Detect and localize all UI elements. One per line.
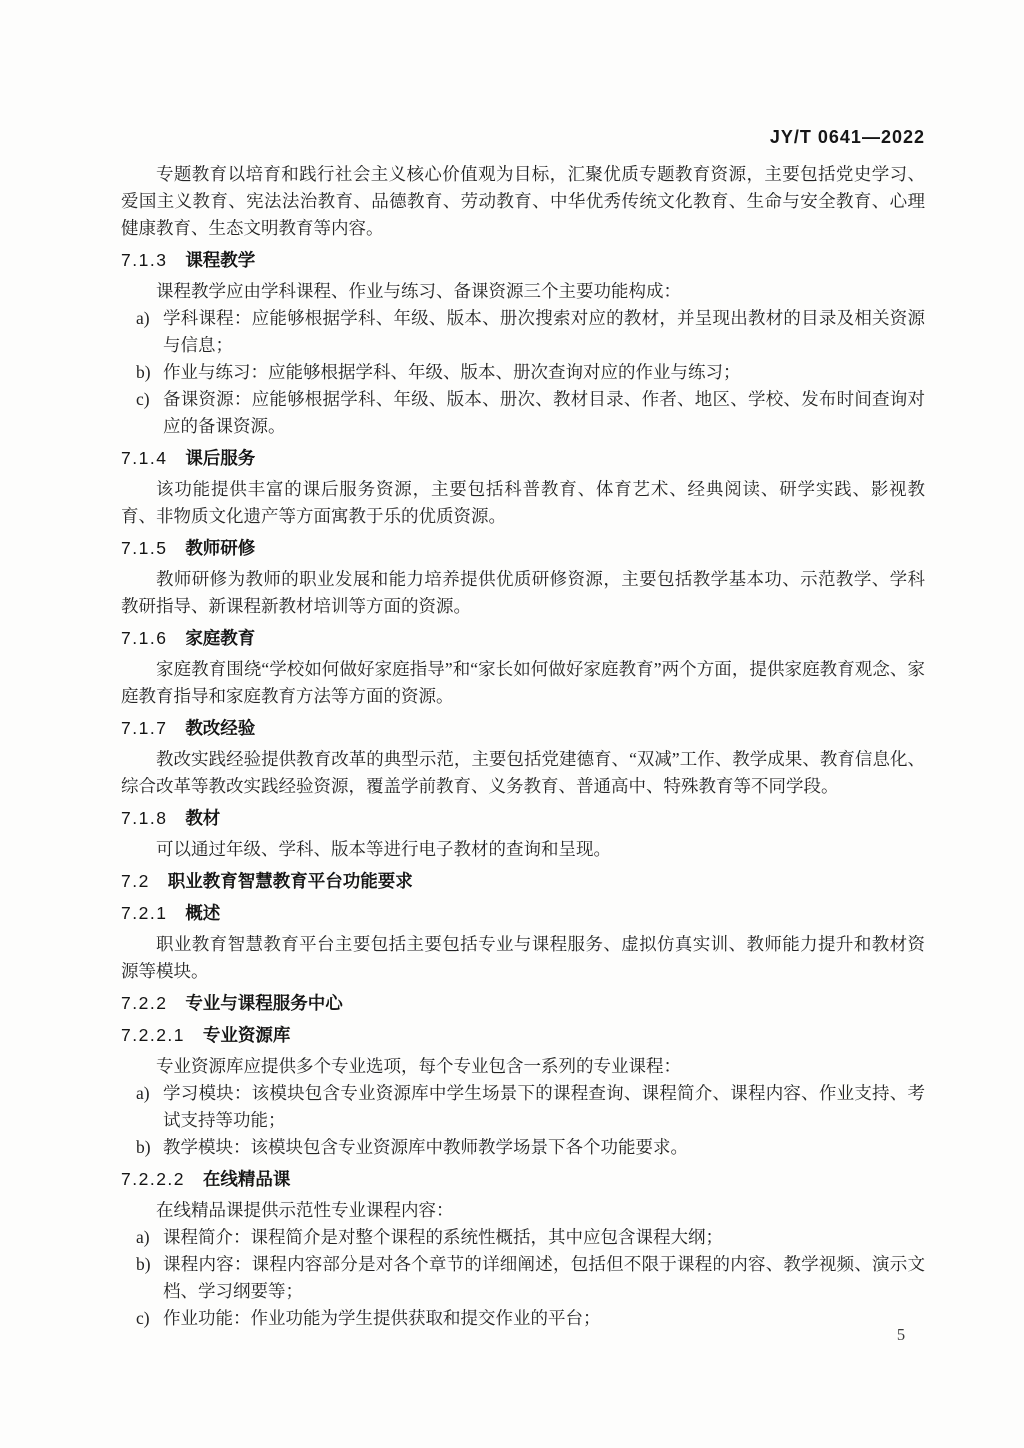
paragraph-7-2-2-2-lead: 在线精品课提供示范性专业课程内容： xyxy=(121,1197,925,1224)
heading-7-1-5: 7.1.5 教师研修 xyxy=(121,535,925,562)
list-marker: b) xyxy=(136,1134,151,1161)
list-item: a) 学科课程：应能够根据学科、年级、版本、册次搜索对应的教材，并呈现出教材的目… xyxy=(121,305,925,359)
heading-title: 专业资源库 xyxy=(203,1025,291,1045)
heading-title: 教材 xyxy=(185,808,220,828)
heading-title: 课程教学 xyxy=(185,250,255,270)
list-item-text: 课程简介：课程简介是对整个课程的系统性概括，其中应包含课程大纲； xyxy=(163,1227,723,1247)
page-footer: 5 xyxy=(877,1325,925,1345)
heading-7-2-1: 7.2.1 概述 xyxy=(121,900,925,927)
paragraph-7-2-1: 职业教育智慧教育平台主要包括主要包括专业与课程服务、虚拟仿真实训、教师能力提升和… xyxy=(121,931,925,985)
heading-7-1-6: 7.1.6 家庭教育 xyxy=(121,625,925,652)
page-header: JY/T 0641—2022 xyxy=(770,127,925,148)
heading-number: 7.1.4 xyxy=(121,448,167,468)
heading-7-2-2-1: 7.2.2.1 专业资源库 xyxy=(121,1022,925,1049)
list-item-text: 学科课程：应能够根据学科、年级、版本、册次搜索对应的教材，并呈现出教材的目录及相… xyxy=(163,308,925,355)
list-7-1-3: a) 学科课程：应能够根据学科、年级、版本、册次搜索对应的教材，并呈现出教材的目… xyxy=(121,305,925,440)
list-item-text: 教学模块：该模块包含专业资源库中教师教学场景下各个功能要求。 xyxy=(163,1137,688,1157)
list-marker: c) xyxy=(136,386,150,413)
heading-number: 7.1.5 xyxy=(121,538,167,558)
heading-number: 7.1.8 xyxy=(121,808,167,828)
paragraph-7-2-2-1-lead: 专业资源库应提供多个专业选项，每个专业包含一系列的专业课程： xyxy=(121,1053,925,1080)
heading-number: 7.1.7 xyxy=(121,718,167,738)
doc-code: JY/T 0641—2022 xyxy=(770,127,925,147)
heading-number: 7.2 xyxy=(121,871,150,891)
heading-7-1-3: 7.1.3 课程教学 xyxy=(121,247,925,274)
heading-number: 7.2.2 xyxy=(121,993,167,1013)
document-page: JY/T 0641—2022 专题教育以培育和践行社会主义核心价值观为目标，汇聚… xyxy=(0,0,1024,1448)
heading-title: 家庭教育 xyxy=(185,628,255,648)
list-7-2-2-2: a) 课程简介：课程简介是对整个课程的系统性概括，其中应包含课程大纲； b) 课… xyxy=(121,1224,925,1332)
list-marker: a) xyxy=(136,305,150,332)
list-item-text: 作业与练习：应能够根据学科、年级、版本、册次查询对应的作业与练习； xyxy=(163,362,741,382)
list-item: a) 学习模块：该模块包含专业资源库中学生场景下的课程查询、课程简介、课程内容、… xyxy=(121,1080,925,1134)
heading-number: 7.1.3 xyxy=(121,250,167,270)
list-marker: c) xyxy=(136,1305,150,1332)
paragraph-7-1-6: 家庭教育围绕“学校如何做好家庭指导”和“家长如何做好家庭教育”两个方面，提供家庭… xyxy=(121,656,925,710)
list-item-text: 备课资源：应能够根据学科、年级、版本、册次、教材目录、作者、地区、学校、发布时间… xyxy=(163,389,925,436)
list-marker: a) xyxy=(136,1224,150,1251)
heading-title: 在线精品课 xyxy=(203,1169,291,1189)
list-item: b) 课程内容：课程内容部分是对各个章节的详细阐述，包括但不限于课程的内容、教学… xyxy=(121,1251,925,1305)
paragraph-7-1-7: 教改实践经验提供教育改革的典型示范，主要包括党建德育、“双减”工作、教学成果、教… xyxy=(121,746,925,800)
heading-title: 教师研修 xyxy=(185,538,255,558)
heading-7-1-4: 7.1.4 课后服务 xyxy=(121,445,925,472)
list-item: c) 作业功能：作业功能为学生提供获取和提交作业的平台； xyxy=(121,1305,925,1332)
heading-title: 概述 xyxy=(185,903,220,923)
paragraph-7-1-5: 教师研修为教师的职业发展和能力培养提供优质研修资源，主要包括教学基本功、示范教学… xyxy=(121,566,925,620)
list-marker: b) xyxy=(136,359,151,386)
heading-7-1-8: 7.1.8 教材 xyxy=(121,805,925,832)
heading-title: 课后服务 xyxy=(185,448,255,468)
heading-title: 职业教育智慧教育平台功能要求 xyxy=(168,871,413,891)
heading-number: 7.1.6 xyxy=(121,628,167,648)
paragraph-intro: 专题教育以培育和践行社会主义核心价值观为目标，汇聚优质专题教育资源，主要包括党史… xyxy=(121,161,925,242)
paragraph-7-1-8: 可以通过年级、学科、版本等进行电子教材的查询和呈现。 xyxy=(121,836,925,863)
heading-number: 7.2.2.2 xyxy=(121,1169,185,1189)
list-marker: a) xyxy=(136,1080,150,1107)
heading-7-2-2-2: 7.2.2.2 在线精品课 xyxy=(121,1166,925,1193)
heading-number: 7.2.2.1 xyxy=(121,1025,185,1045)
list-item: b) 作业与练习：应能够根据学科、年级、版本、册次查询对应的作业与练习； xyxy=(121,359,925,386)
heading-number: 7.2.1 xyxy=(121,903,167,923)
paragraph-7-1-3-lead: 课程教学应由学科课程、作业与练习、备课资源三个主要功能构成： xyxy=(121,278,925,305)
list-item-text: 课程内容：课程内容部分是对各个章节的详细阐述，包括但不限于课程的内容、教学视频、… xyxy=(163,1254,925,1301)
heading-7-2-2: 7.2.2 专业与课程服务中心 xyxy=(121,990,925,1017)
page-number: 5 xyxy=(897,1325,905,1344)
page-content: 专题教育以培育和践行社会主义核心价值观为目标，汇聚优质专题教育资源，主要包括党史… xyxy=(121,161,925,1332)
list-item: a) 课程简介：课程简介是对整个课程的系统性概括，其中应包含课程大纲； xyxy=(121,1224,925,1251)
list-7-2-2-1: a) 学习模块：该模块包含专业资源库中学生场景下的课程查询、课程简介、课程内容、… xyxy=(121,1080,925,1161)
heading-title: 教改经验 xyxy=(185,718,255,738)
list-marker: b) xyxy=(136,1251,151,1278)
list-item-text: 作业功能：作业功能为学生提供获取和提交作业的平台； xyxy=(163,1308,601,1328)
list-item-text: 学习模块：该模块包含专业资源库中学生场景下的课程查询、课程简介、课程内容、作业支… xyxy=(163,1083,925,1130)
heading-7-1-7: 7.1.7 教改经验 xyxy=(121,715,925,742)
heading-title: 专业与课程服务中心 xyxy=(185,993,343,1013)
heading-7-2: 7.2 职业教育智慧教育平台功能要求 xyxy=(121,868,925,895)
list-item: b) 教学模块：该模块包含专业资源库中教师教学场景下各个功能要求。 xyxy=(121,1134,925,1161)
paragraph-7-1-4: 该功能提供丰富的课后服务资源，主要包括科普教育、体育艺术、经典阅读、研学实践、影… xyxy=(121,476,925,530)
list-item: c) 备课资源：应能够根据学科、年级、版本、册次、教材目录、作者、地区、学校、发… xyxy=(121,386,925,440)
